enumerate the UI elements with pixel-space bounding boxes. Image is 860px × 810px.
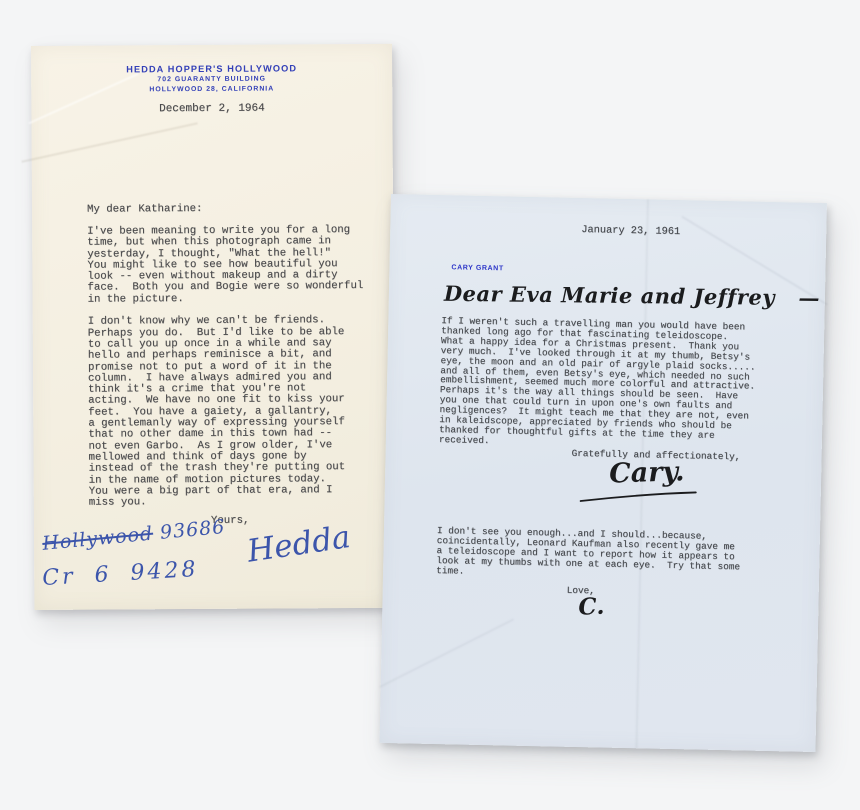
handwritten-phone-line-1: Hollywood 93686 xyxy=(41,516,226,555)
cary-grant-letter: January 23, 1961 CARY GRANT Dear Eva Mar… xyxy=(380,194,827,752)
paper-crease xyxy=(379,619,514,688)
hedda-letterhead: HEDDA HOPPER'S HOLLYWOOD 702 GUARANTY BU… xyxy=(31,63,392,95)
hedda-hopper-letter: HEDDA HOPPER'S HOLLYWOOD 702 GUARANTY BU… xyxy=(31,44,395,610)
struck-word: Hollywood xyxy=(41,523,154,555)
letterhead-city: HOLLYWOOD 28, CALIFORNIA xyxy=(31,83,392,95)
paper-crease xyxy=(21,122,197,162)
salutation: My dear Katharine: xyxy=(87,204,203,216)
postscript-body: I don't see you enough...and I should...… xyxy=(436,526,741,582)
hedda-signature: Hedda xyxy=(245,519,353,570)
handwritten-greeting: Dear Eva Marie and Jeffrey — xyxy=(444,281,820,311)
handwritten-phone-line-2: Cr 6 9428 xyxy=(42,557,200,591)
postscript-initial-signature: C. xyxy=(578,593,605,621)
phone-number: 93686 xyxy=(152,516,226,545)
letter-body: I've been meaning to write you for a lon… xyxy=(87,225,365,509)
cary-signature: Cary. xyxy=(609,456,685,489)
signature-underline-flourish xyxy=(578,487,700,506)
letter-body: If I weren't such a travelling man you w… xyxy=(439,316,757,451)
letter-date: January 23, 1961 xyxy=(581,224,680,238)
letter-date: December 2, 1964 xyxy=(31,102,392,116)
letter-line: miss you. xyxy=(89,496,365,509)
cary-grant-letterhead: CARY GRANT xyxy=(451,264,503,272)
scanned-letters-page: HEDDA HOPPER'S HOLLYWOOD 702 GUARANTY BU… xyxy=(0,0,860,810)
